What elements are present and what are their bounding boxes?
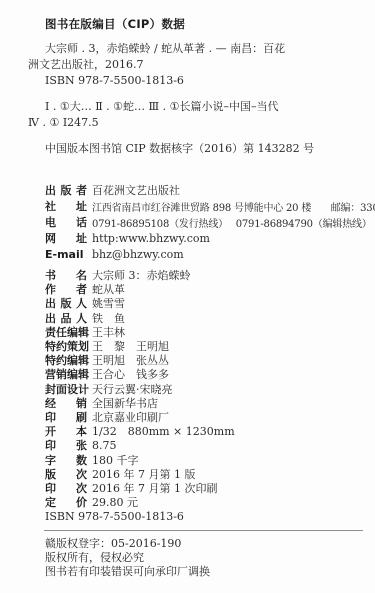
colophon-row: 特约编辑王明旭 张丛丛 xyxy=(45,353,365,367)
colophon-row: 字数180 千字 xyxy=(45,452,365,466)
colophon-row-label: 出版者 xyxy=(45,182,87,198)
divider-rule xyxy=(44,530,363,531)
cip-entry-line2: 洲文艺出版社，2016.7 xyxy=(28,57,365,73)
colophon-row: 印次2016 年 7 月第 1 次印刷 xyxy=(45,481,365,495)
colophon-row-value: 8.75 xyxy=(92,439,117,452)
colophon-table: 出版者百花洲文艺出版社社址江西省南昌市红谷滩世贸路 898 号博能中心 20 楼… xyxy=(28,182,365,509)
colophon-row: 书名大宗师 3：赤焰蝾蛉 xyxy=(45,268,365,282)
colophon-row: 电话0791-86895108（发行热线） 0791-86894790（编辑热线… xyxy=(45,214,365,230)
cip-class-line2: Ⅳ . ① I247.5 xyxy=(28,115,365,131)
copyright-page: 图书在版编目（CIP）数据 大宗师 . 3，赤焰蝾蛉 / 蛇从革著 . — 南昌… xyxy=(0,0,375,593)
cip-entry: 大宗师 . 3，赤焰蝾蛉 / 蛇从革著 . — 南昌：百花 洲文艺出版社，201… xyxy=(28,41,365,89)
cip-isbn: ISBN 978-7-5500-1813-6 xyxy=(28,73,365,89)
cip-entry-line1: 大宗师 . 3，赤焰蝾蛉 / 蛇从革著 . — 南昌：百花 xyxy=(28,41,365,57)
colophon-row: 出品人铁 鱼 xyxy=(45,311,365,325)
colophon-row: 印刷北京嘉业印刷厂 xyxy=(45,410,365,424)
colophon-row: 营销编辑王合心 钱多多 xyxy=(45,367,365,381)
cip-header: 图书在版编目（CIP）数据 xyxy=(45,18,365,31)
colophon-row-value: 29.80 元 xyxy=(92,494,138,510)
colophon-row-label: 网址 xyxy=(45,230,87,246)
colophon-row-label: 社址 xyxy=(45,198,87,214)
colophon-row: 作者蛇从革 xyxy=(45,282,365,296)
colophon-row: 责任编辑王丰林 xyxy=(45,325,365,339)
colophon-row-value: 江西省南昌市红谷滩世贸路 898 号博能中心 20 楼 邮编：330038 xyxy=(92,199,375,214)
colophon-row-value: 1/32 880mm × 1230mm xyxy=(92,423,235,439)
colophon-row: 印张8.75 xyxy=(45,438,365,452)
colophon-row: 开本1/32 880mm × 1230mm xyxy=(45,424,365,438)
colophon-isbn: ISBN 978-7-5500-1813-6 xyxy=(28,510,365,523)
footer-block: 赣版权登字：05-2016-190 版权所有，侵权必究 图书若有印装错误可向承印… xyxy=(28,537,365,579)
colophon-row: 特约策划王 黎 王明旭 xyxy=(45,339,365,353)
colophon-row-value: http:www.bhzwy.com xyxy=(92,232,210,245)
colophon-row: 定价29.80 元 xyxy=(45,495,365,509)
footer-exchange-notice: 图书若有印装错误可向承印厂调换 xyxy=(45,565,365,579)
colophon-row-value: bhz@bhzwy.com xyxy=(92,248,184,261)
cip-classification: Ⅰ . ①大… Ⅱ . ①蛇… Ⅲ . ①长篇小说–中国–当代 Ⅳ . ① I2… xyxy=(28,99,365,131)
footer-copyright-notice: 版权所有，侵权必究 xyxy=(45,551,365,565)
colophon-row-value: 百花洲文艺出版社 xyxy=(92,182,180,198)
colophon-row: 出版人姚雪雪 xyxy=(45,296,365,310)
colophon-row-label: E-mail xyxy=(45,248,87,261)
colophon-row: 网址http:www.bhzwy.com xyxy=(45,230,365,246)
colophon-row: 封面设计天行云翼·宋晓亮 xyxy=(45,382,365,396)
colophon-row: 版次2016 年 7 月第 1 版 xyxy=(45,467,365,481)
colophon-row-label: 定价 xyxy=(45,494,87,510)
colophon-row: 出版者百花洲文艺出版社 xyxy=(45,182,365,198)
cip-class-line1: Ⅰ . ①大… Ⅱ . ①蛇… Ⅲ . ①长篇小说–中国–当代 xyxy=(28,99,365,115)
cip-record-line: 中国版本图书馆 CIP 数据核字（2016）第 143282 号 xyxy=(28,141,365,157)
colophon-row: E-mailbhz@bhzwy.com xyxy=(45,246,365,262)
cip-record: 中国版本图书馆 CIP 数据核字（2016）第 143282 号 xyxy=(28,141,365,157)
footer-registration: 赣版权登字：05-2016-190 xyxy=(45,537,365,551)
colophon-row: 社址江西省南昌市红谷滩世贸路 898 号博能中心 20 楼 邮编：330038 xyxy=(45,198,365,214)
colophon-row: 经销全国新华书店 xyxy=(45,396,365,410)
colophon-row-label: 电话 xyxy=(45,214,87,230)
colophon-row-value: 0791-86895108（发行热线） 0791-86894790（编辑热线） xyxy=(92,215,372,230)
